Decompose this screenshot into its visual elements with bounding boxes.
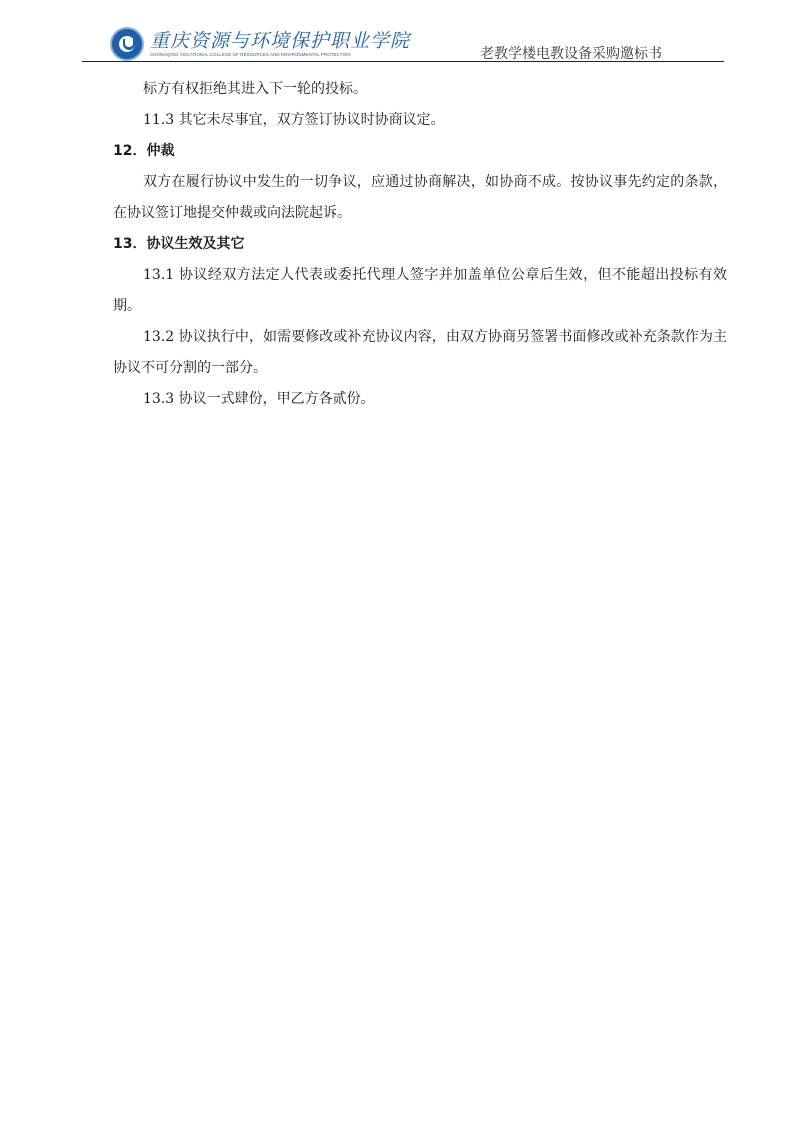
- page-header: 重庆资源与环境保护职业学院 CHONGQING VOCATIONAL COLLE…: [0, 0, 793, 70]
- college-logo: 重庆资源与环境保护职业学院 CHONGQING VOCATIONAL COLLE…: [110, 27, 410, 61]
- continuation-text: 标方有权拒绝其进入下一轮的投标。: [113, 74, 727, 105]
- clause-11-3: 11.3 其它未尽事宜，双方签订协议时协商议定。: [113, 105, 727, 136]
- college-name-cn: 重庆资源与环境保护职业学院: [150, 30, 410, 52]
- document-body: 标方有权拒绝其进入下一轮的投标。 11.3 其它未尽事宜，双方签订协议时协商议定…: [113, 74, 727, 415]
- school-emblem-icon: [110, 27, 144, 61]
- logo-text: 重庆资源与环境保护职业学院 CHONGQING VOCATIONAL COLLE…: [150, 30, 410, 58]
- arbitration-paragraph: 双方在履行协议中发生的一切争议，应通过协商解决，如协商不成。按协议事先约定的条款…: [113, 167, 727, 229]
- header-divider: [82, 61, 724, 62]
- section-heading-arbitration: 12．仲裁: [113, 136, 727, 167]
- college-name-en: CHONGQING VOCATIONAL COLLEGE OF RESOURCE…: [150, 52, 410, 58]
- clause-13-3: 13.3 协议一式肆份，甲乙方各贰份。: [113, 384, 727, 415]
- clause-13-1: 13.1 协议经双方法定人代表或委托代理人签字并加盖单位公章后生效，但不能超出投…: [113, 260, 727, 322]
- document-title: 老教学楼电教设备采购邀标书: [480, 46, 662, 62]
- section-heading-effectiveness: 13．协议生效及其它: [113, 229, 727, 260]
- clause-13-2: 13.2 协议执行中，如需要修改或补充协议内容，由双方协商另签署书面修改或补充条…: [113, 322, 727, 384]
